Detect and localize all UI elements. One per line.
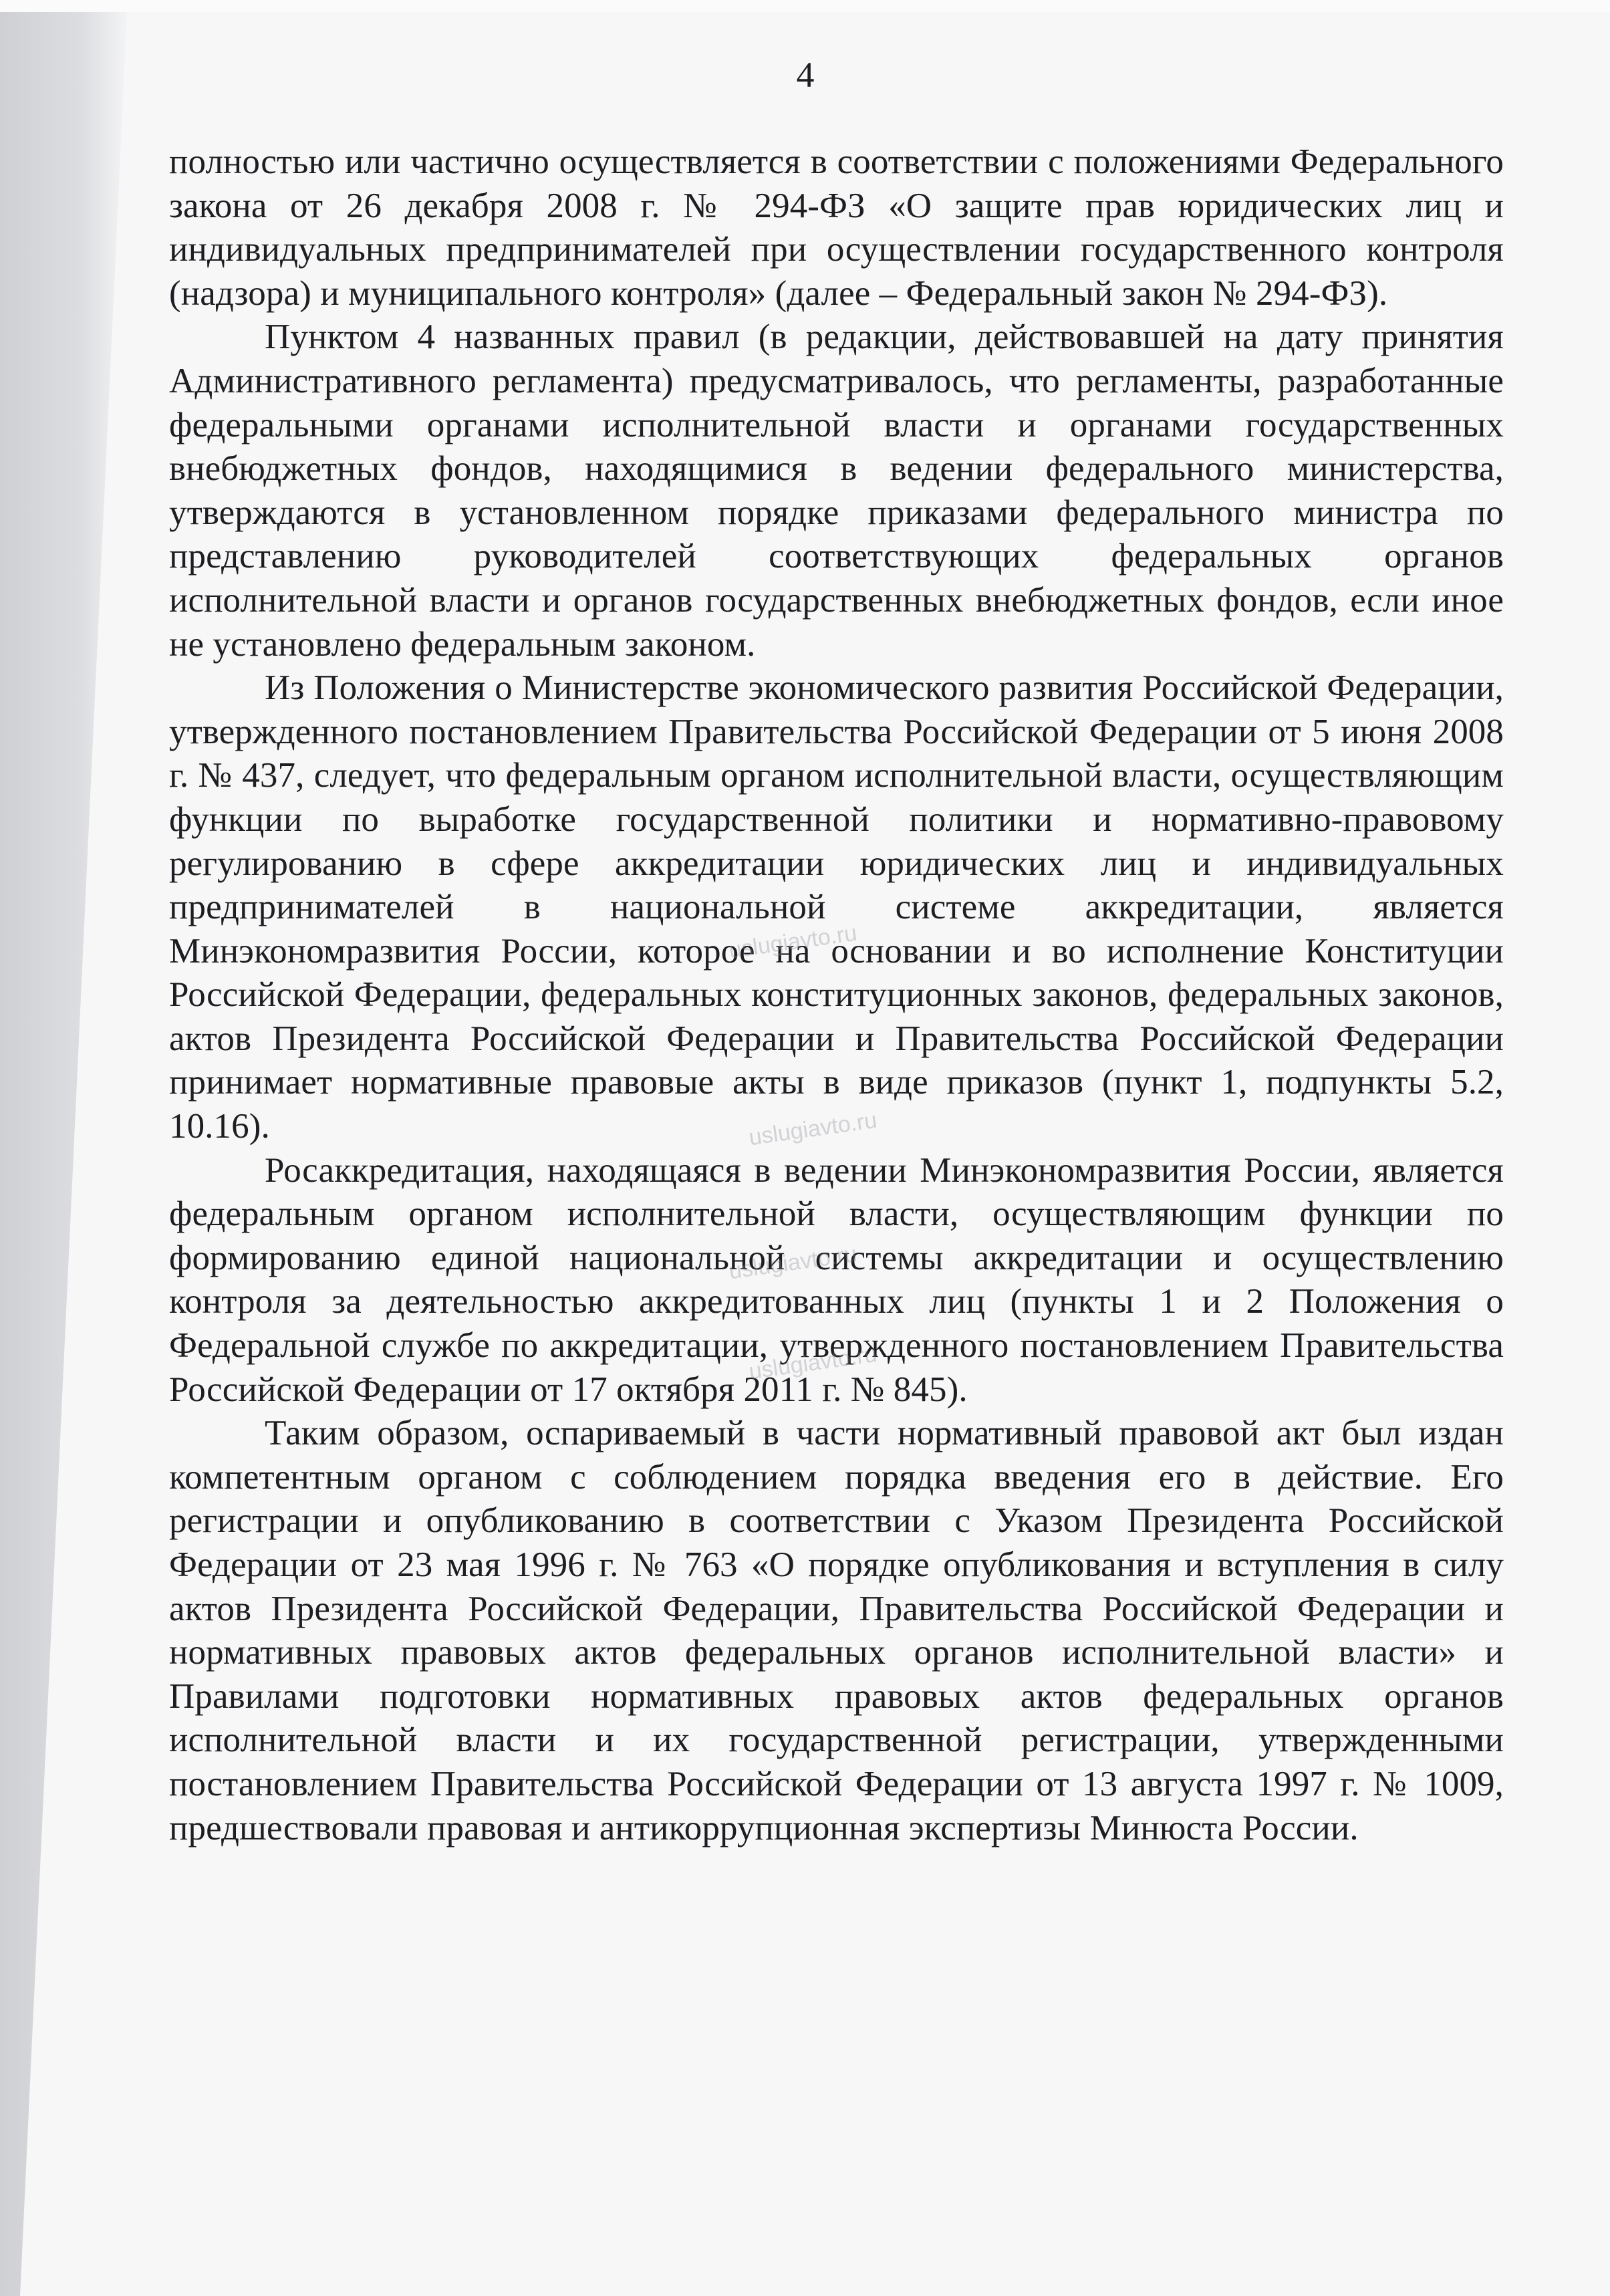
paragraph-5: Таким образом, оспариваемый в части норм… — [169, 1412, 1504, 1850]
paragraph-1: полностью или частично осуществляется в … — [169, 140, 1504, 315]
paragraph-3: Из Положения о Министерстве экономическо… — [169, 666, 1504, 1149]
scan-top-edge — [0, 0, 1610, 12]
paragraph-4: Росаккредитация, находящаяся в ведении М… — [169, 1149, 1504, 1412]
page-fold-shadow — [0, 0, 134, 2296]
page-number: 4 — [797, 55, 815, 95]
document-body: полностью или частично осуществляется в … — [169, 140, 1504, 1850]
paragraph-2: Пунктом 4 названных правил (в редакции, … — [169, 315, 1504, 666]
